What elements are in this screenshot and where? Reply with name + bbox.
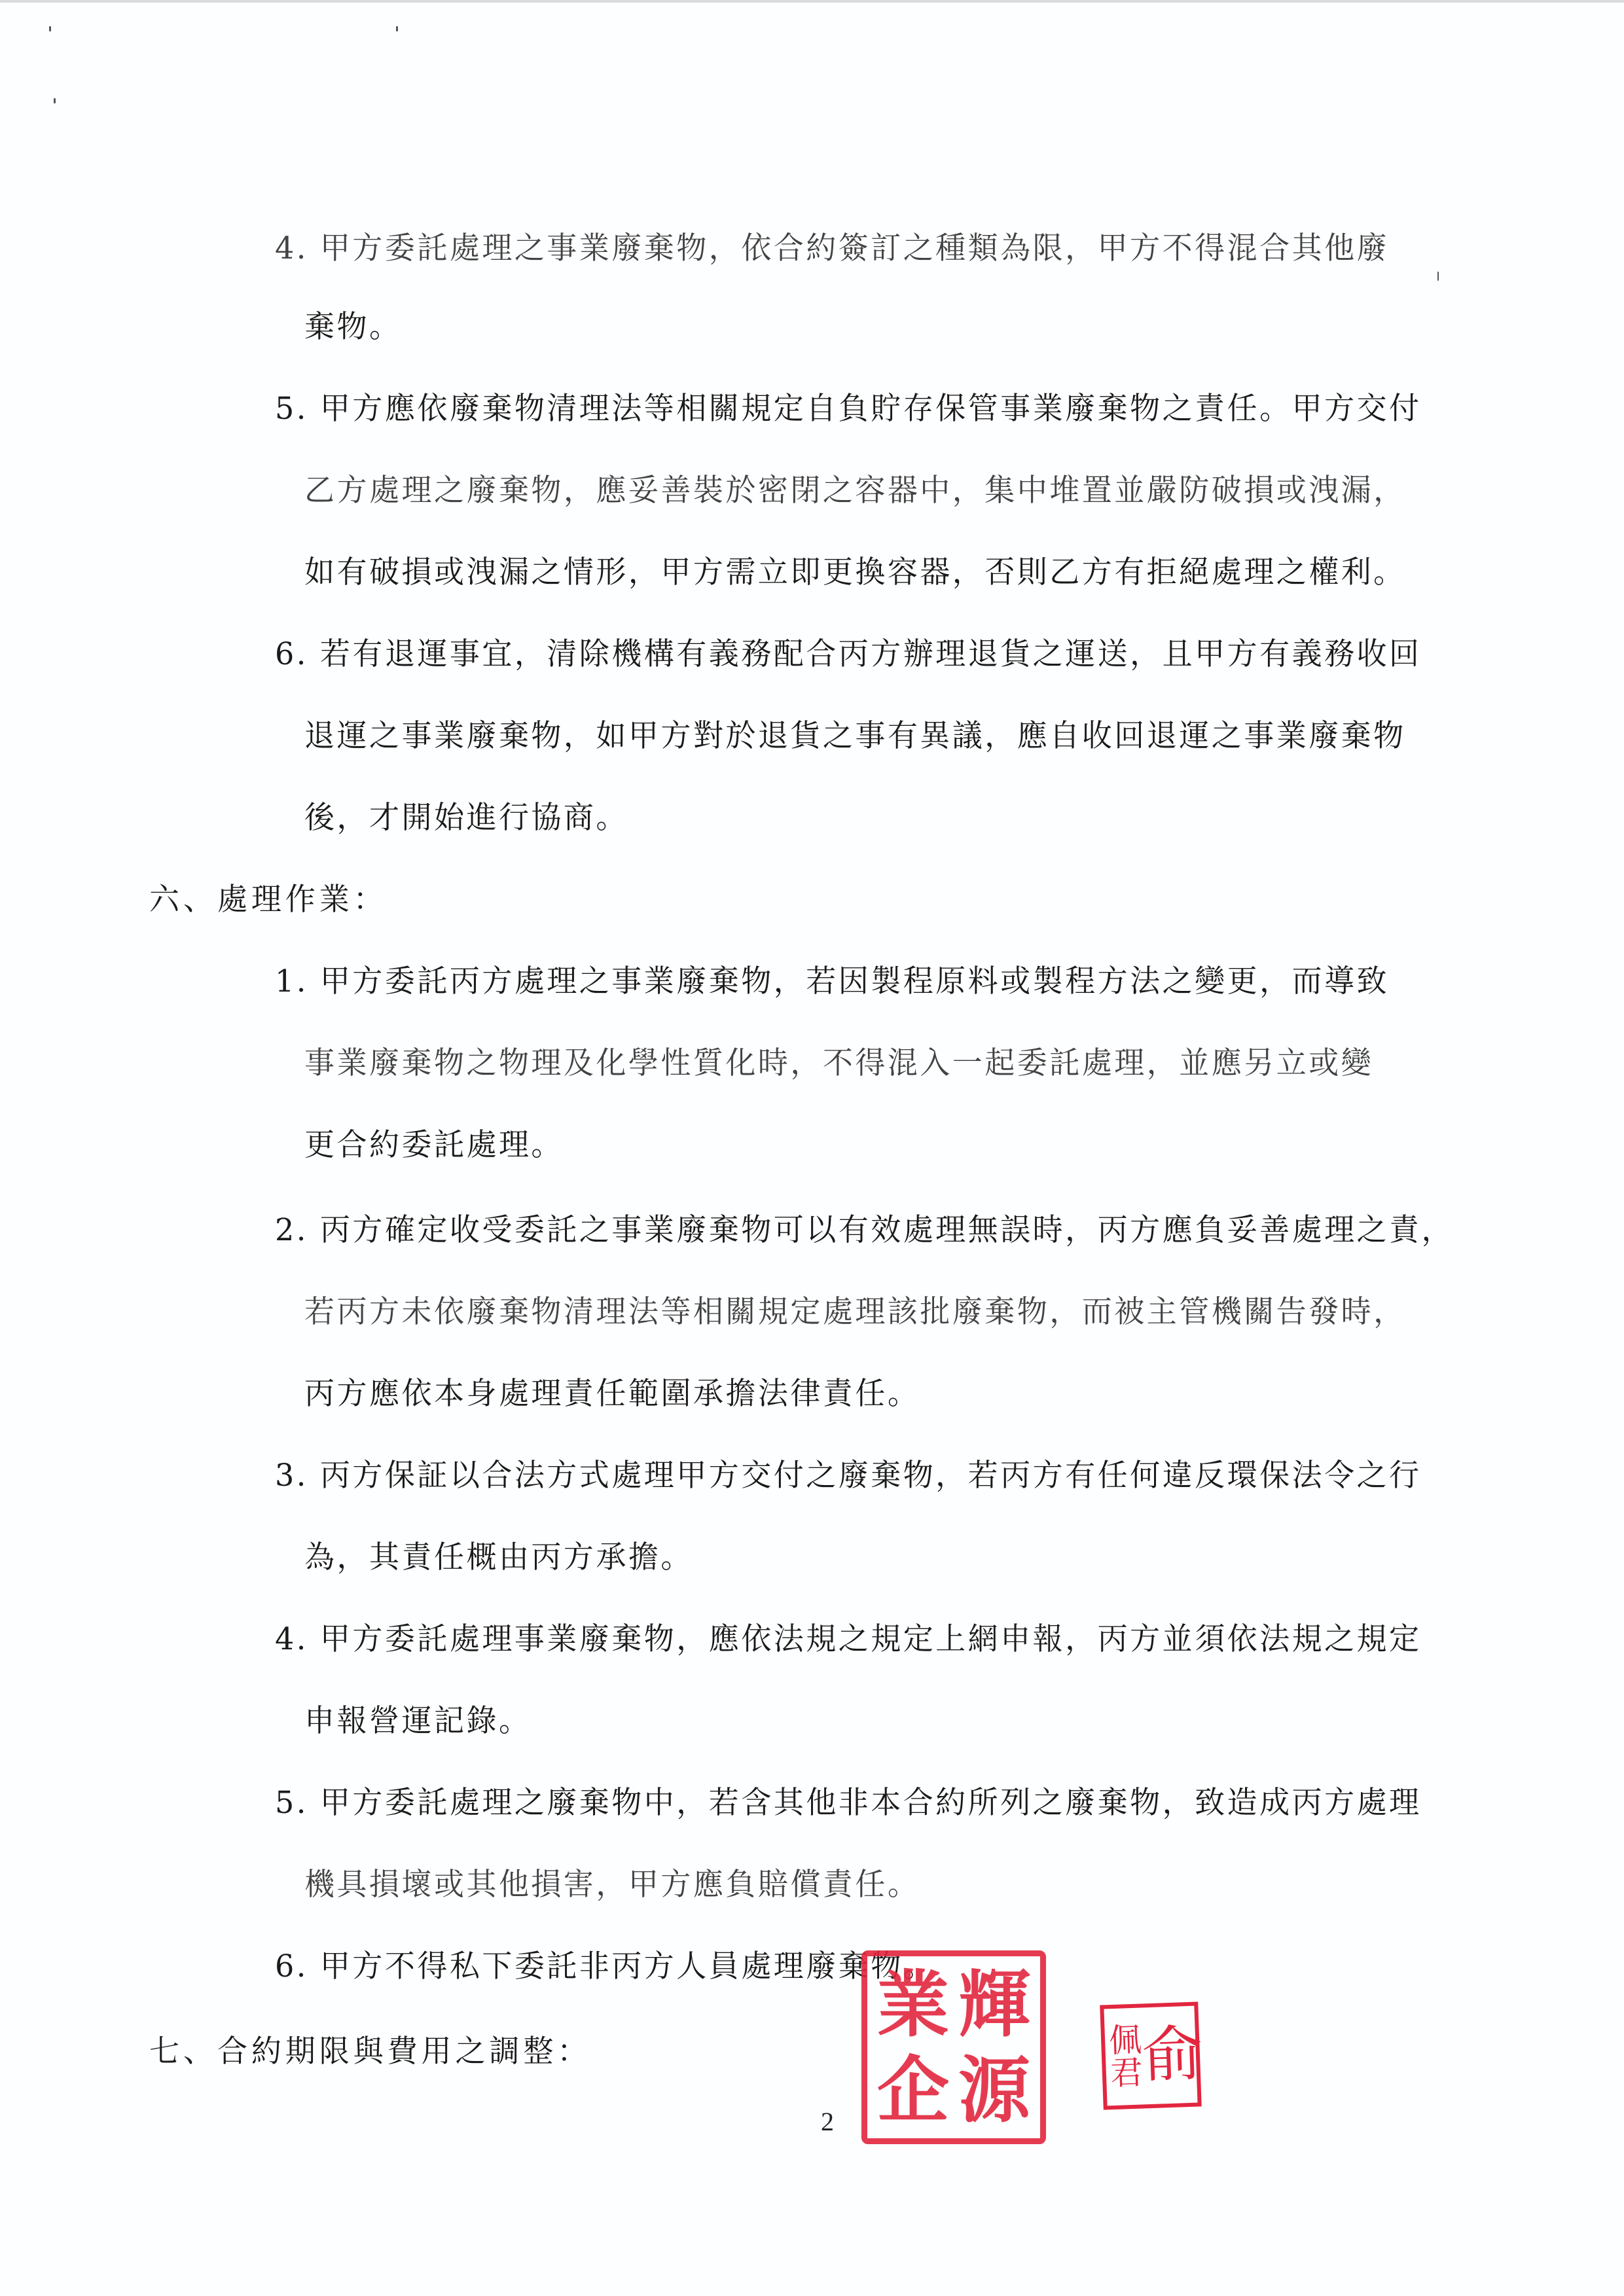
seal-char: 佩: [1108, 2023, 1142, 2057]
scan-speck: [49, 26, 51, 31]
seal-char: 源: [955, 2049, 1034, 2132]
text-line: 機具損壞或其他損害，甲方應負賠償責任。: [304, 1865, 920, 1905]
text-line: 6. 若有退運事宜，清除機構有義務配合丙方辦理退貨之運送，且甲方有義務收回: [275, 635, 1422, 674]
personal-seal: 佩 君 俞: [1100, 2001, 1201, 2109]
text-line: 2. 丙方確定收受委託之事業廢棄物可以有效處理無誤時，丙方應負妥善處理之責，: [275, 1211, 1454, 1250]
scan-speck: [396, 26, 398, 31]
text-line: 為，其責任概由丙方承擔。: [304, 1538, 693, 1577]
text-line: 更合約委託處理。: [304, 1126, 564, 1165]
seal-char: 輝: [955, 1963, 1034, 2046]
text-line: 事業廢棄物之物理及化學性質化時，不得混入一起委託處理，並應另立或變: [304, 1044, 1373, 1083]
text-line: 乙方處理之廢棄物，應妥善裝於密閉之容器中，集中堆置並嚴防破損或洩漏，: [304, 471, 1406, 511]
seal-char: 君: [1110, 2056, 1144, 2090]
text-line: 若丙方未依廢棄物清理法等相關規定處理該批廢棄物，而被主管機關告發時，: [304, 1293, 1406, 1332]
section-6-heading: 六、處理作業：: [149, 880, 388, 920]
seal-left-column: 佩 君: [1108, 2011, 1144, 2102]
scan-edge: [0, 0, 1624, 3]
text-line: 5. 甲方應依廢棄物清理法等相關規定自負貯存保管事業廢棄物之責任。甲方交付: [275, 389, 1422, 429]
text-line: 申報營運記錄。: [304, 1702, 531, 1741]
text-line: 3. 丙方保証以合法方式處理甲方交付之廢棄物，若丙方有任何違反環保法令之行: [275, 1456, 1422, 1496]
text-line: 後，才開始進行協商。: [304, 798, 628, 838]
text-line: 棄物。: [304, 308, 401, 347]
text-line: 如有破損或洩漏之情形，甲方需立即更換容器，否則乙方有拒絕處理之權利。: [304, 553, 1406, 592]
seal-char: 業: [874, 1963, 952, 2046]
text-line: 丙方應依本身處理責任範圍承擔法律責任。: [304, 1374, 920, 1414]
company-seal: 業 輝 企 源: [861, 1950, 1046, 2144]
scan-speck: [1437, 272, 1439, 281]
text-line: 1. 甲方委託丙方處理之事業廢棄物，若因製程原料或製程方法之變更，而導致: [275, 962, 1389, 1001]
text-line: 6. 甲方不得私下委託非丙方人員處理廢棄物。: [275, 1947, 935, 1986]
text-line: 退運之事業廢棄物，如甲方對於退貨之事有異議，應自收回退運之事業廢棄物: [304, 717, 1406, 756]
text-line: 4. 甲方委託處理之事業廢棄物，依合約簽訂之種類為限，甲方不得混合其他廢: [275, 229, 1389, 268]
section-7-heading: 七、合約期限與費用之調整：: [149, 2032, 591, 2072]
text-line: 4. 甲方委託處理事業廢棄物，應依法規之規定上網申報，丙方並須依法規之規定: [275, 1620, 1422, 1659]
seal-char: 俞: [1141, 2024, 1203, 2086]
scan-speck: [54, 98, 56, 103]
page-number: 2: [821, 2106, 834, 2137]
text-line: 5. 甲方委託處理之廢棄物中，若含其他非本合約所列之廢棄物，致造成丙方處理: [275, 1784, 1422, 1823]
seal-right-column: 俞: [1141, 2009, 1204, 2100]
seal-char: 企: [874, 2049, 952, 2132]
